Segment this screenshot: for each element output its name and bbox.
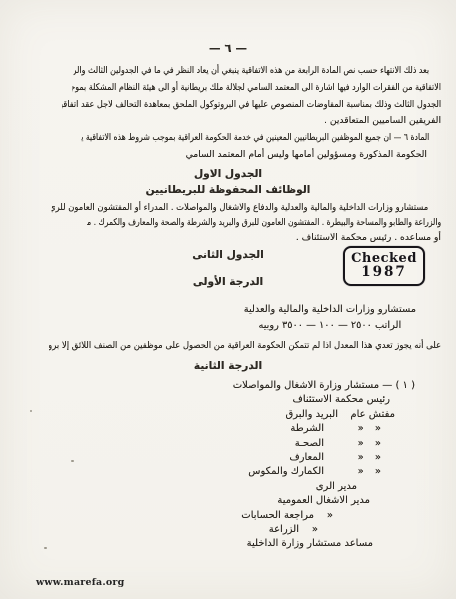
- ditto-marks: « «: [329, 451, 395, 465]
- document-body: — ٦ — بعد ذلك الانتهاء حسب نص المادة الر…: [15, 42, 441, 245]
- schedule1-title: الجدول الاول: [15, 167, 441, 181]
- paragraph-line: والزراعة والطابو والمساحة والبيطرة . الم…: [87, 215, 441, 230]
- paragraph-line: بعد ذلك الانتهاء حسب نص المادة الرابعة م…: [74, 63, 441, 80]
- ditto-marks: « «: [329, 422, 395, 436]
- paragraph-line: أو مساعده . رئيس محكمة الاستئناف .: [15, 230, 441, 245]
- checked-stamp: Checked 1987: [343, 246, 425, 286]
- page-number: — ٦ —: [15, 42, 441, 55]
- grade1-block: مستشارو وزارات الداخلية والمالية والعدلي…: [244, 302, 416, 334]
- row-name: الكمارك والمكوس: [248, 465, 324, 479]
- schedule2-section: الجدول الثانى الدرجة الأولى مستشارو وزار…: [15, 248, 441, 552]
- stamp-year: 1987: [361, 265, 407, 280]
- paragraph-line: المادة ٦ — ان جميع الموظفين البريطانيين …: [82, 130, 441, 147]
- body-paragraph-2: المادة ٦ — ان جميع الموظفين البريطانيين …: [15, 130, 441, 164]
- ditto-marks: «: [319, 509, 333, 523]
- scan-speck: [30, 410, 32, 412]
- appointment-row: « الزراعة: [15, 523, 318, 537]
- paragraph-line: مستشارو وزارات الداخلية والمالية والعدلي…: [52, 200, 441, 215]
- document-page: — ٦ — بعد ذلك الانتهاء حسب نص المادة الر…: [0, 0, 456, 599]
- row-name: الشرطة: [290, 422, 324, 436]
- row-name: الصحـة: [295, 437, 324, 451]
- row-name: البريد والبرق: [285, 408, 338, 422]
- appointment-row: « « الصحـة: [15, 437, 395, 451]
- grade2-list: ( ١ ) — مستشار وزارة الاشغال والمواصلات …: [15, 379, 415, 552]
- ditto-marks: « «: [329, 465, 395, 479]
- grade2-title: الدرجة الثانية: [15, 359, 441, 373]
- paragraph-line: الجدول الثالث وذلك بمناسبة المفاوضات الم…: [62, 97, 441, 114]
- appointment-row: مساعد مستشار وزارة الداخلية: [15, 537, 373, 551]
- appointment-row: « « الشرطة: [15, 422, 395, 436]
- row-prefix: مفتش عام: [343, 408, 395, 422]
- paragraph-line: الفريقين الساميين المتعاقدين .: [15, 113, 441, 130]
- scan-speck: [44, 547, 47, 549]
- paragraph-line: الاتفاقية من الفقرات الوارد فيها اشارة ا…: [72, 80, 441, 97]
- grade1-positions: مستشارو وزارات الداخلية والمالية والعدلي…: [244, 302, 416, 318]
- reserved-posts-paragraph: مستشارو وزارات الداخلية والمالية والعدلي…: [15, 200, 441, 245]
- appointment-row: مدير الرى: [15, 480, 357, 494]
- schedule1-subtitle: الوظائف المحفوظة للبريطانيين: [15, 183, 441, 197]
- ditto-marks: « «: [329, 437, 395, 451]
- row-name: المعارف: [289, 451, 324, 465]
- scan-speck: [71, 460, 74, 462]
- appointment-row: مفتش عام البريد والبرق: [15, 408, 395, 422]
- row-name: الزراعة: [269, 523, 299, 537]
- site-watermark: www.marefa.org: [36, 577, 124, 588]
- appointment-row: « « المعارف: [15, 451, 395, 465]
- appointment-row: « مراجعة الحسابات: [15, 509, 333, 523]
- row-name: مراجعة الحسابات: [241, 509, 314, 523]
- appointment-row: « « الكمارك والمكوس: [15, 465, 395, 479]
- grade1-note: على أنه يجوز تعدي هذا المعدل اذا لم تتمك…: [49, 338, 441, 353]
- body-paragraph-1: بعد ذلك الانتهاء حسب نص المادة الرابعة م…: [15, 63, 441, 130]
- ditto-marks: «: [304, 523, 318, 537]
- appointment-row: مدير الاشغال العمومية: [15, 494, 370, 508]
- paragraph-line: الحكومة المذكورة ومسؤولين أمامها وليس أم…: [15, 147, 441, 164]
- grade1-salary: الراتب ٢٥٠٠ — ١٠٠ — ٣٥٠٠ روبيه: [244, 318, 416, 334]
- grade2-item-1: ( ١ ) — مستشار وزارة الاشغال والمواصلات: [15, 379, 415, 393]
- appointment-row: رئيس محكمة الاستئناف: [15, 393, 390, 407]
